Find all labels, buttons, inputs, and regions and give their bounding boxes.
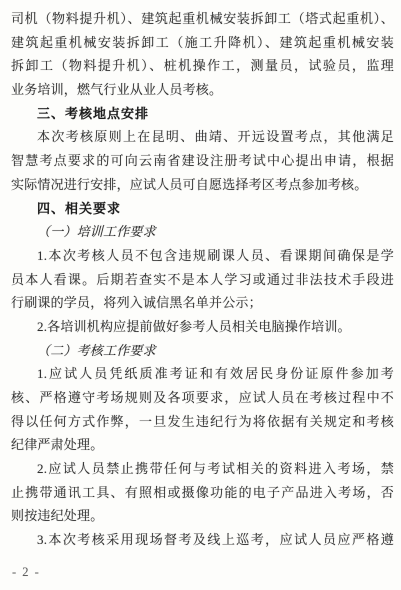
paragraph-line: 建筑起重机械安装拆卸工（施工升降机）、建筑起重机械安装: [11, 31, 394, 55]
paragraph-line: 行刷课的学员，将列入诚信黑名单并公示；: [11, 291, 394, 315]
paragraph-line: 智慧考点要求的可向云南省建设注册考试中心提出申请，根据: [11, 149, 394, 173]
paragraph-line: 核、严格遵守考场规则及各项要求，应试人员在考核过程中不: [11, 386, 394, 410]
document-page: 司机（物料提升机）、建筑起重机械安装拆卸工（塔式起重机）、 建筑起重机械安装拆卸…: [0, 0, 401, 590]
paragraph-line: 2.应试人员禁止携带任何与考试相关的资料进入考场，禁: [11, 457, 394, 481]
section-heading-4: 四、相关要求: [11, 197, 394, 221]
paragraph-line: 纪律严肃处理。: [11, 433, 394, 457]
page-number: - 2 -: [12, 565, 401, 580]
paragraph-line: 止携带通讯工具、有照相或摄像功能的电子产品进入考场，否: [11, 481, 394, 505]
paragraph-line: 业务培训，燃气行业从业人员考核。: [11, 78, 394, 102]
paragraph-line: 得以任何方式作弊，一旦发生违纪行为将依据有关规定和考核: [11, 410, 394, 434]
paragraph-line: 实际情况进行安排，应试人员可自愿选择考区考点参加考核。: [11, 173, 394, 197]
subsection-heading-1: （一）培训工作要求: [11, 220, 394, 244]
paragraph-line: 拆卸工（物料提升机）、桩机操作工，测量员，试验员，监理: [11, 54, 394, 78]
section-heading-3: 三、考核地点安排: [11, 102, 394, 126]
paragraph-line: 员本人看课。后期若查实不是本人学习或通过非法技术手段进: [11, 268, 394, 292]
paragraph-line: 2.各培训机构应提前做好参考人员相关电脑操作培训。: [11, 315, 394, 339]
paragraph-line: 司机（物料提升机）、建筑起重机械安装拆卸工（塔式起重机）、: [11, 7, 394, 31]
paragraph-line: 3.本次考核采用现场督考及线上巡考，应试人员应严格遵: [11, 528, 394, 552]
paragraph-line: 1.本次考核人员不包含违规刷课人员、看课期间确保是学: [11, 244, 394, 268]
subsection-heading-2: （二）考核工作要求: [11, 339, 394, 363]
document-body: 司机（物料提升机）、建筑起重机械安装拆卸工（塔式起重机）、 建筑起重机械安装拆卸…: [0, 0, 401, 552]
paragraph-line: 则按违纪处理。: [11, 504, 394, 528]
paragraph-line: 1.应试人员凭纸质准考证和有效居民身份证原件参加考: [11, 362, 394, 386]
paragraph-line: 本次考核原则上在昆明、曲靖、开远设置考点，其他满足: [11, 125, 394, 149]
